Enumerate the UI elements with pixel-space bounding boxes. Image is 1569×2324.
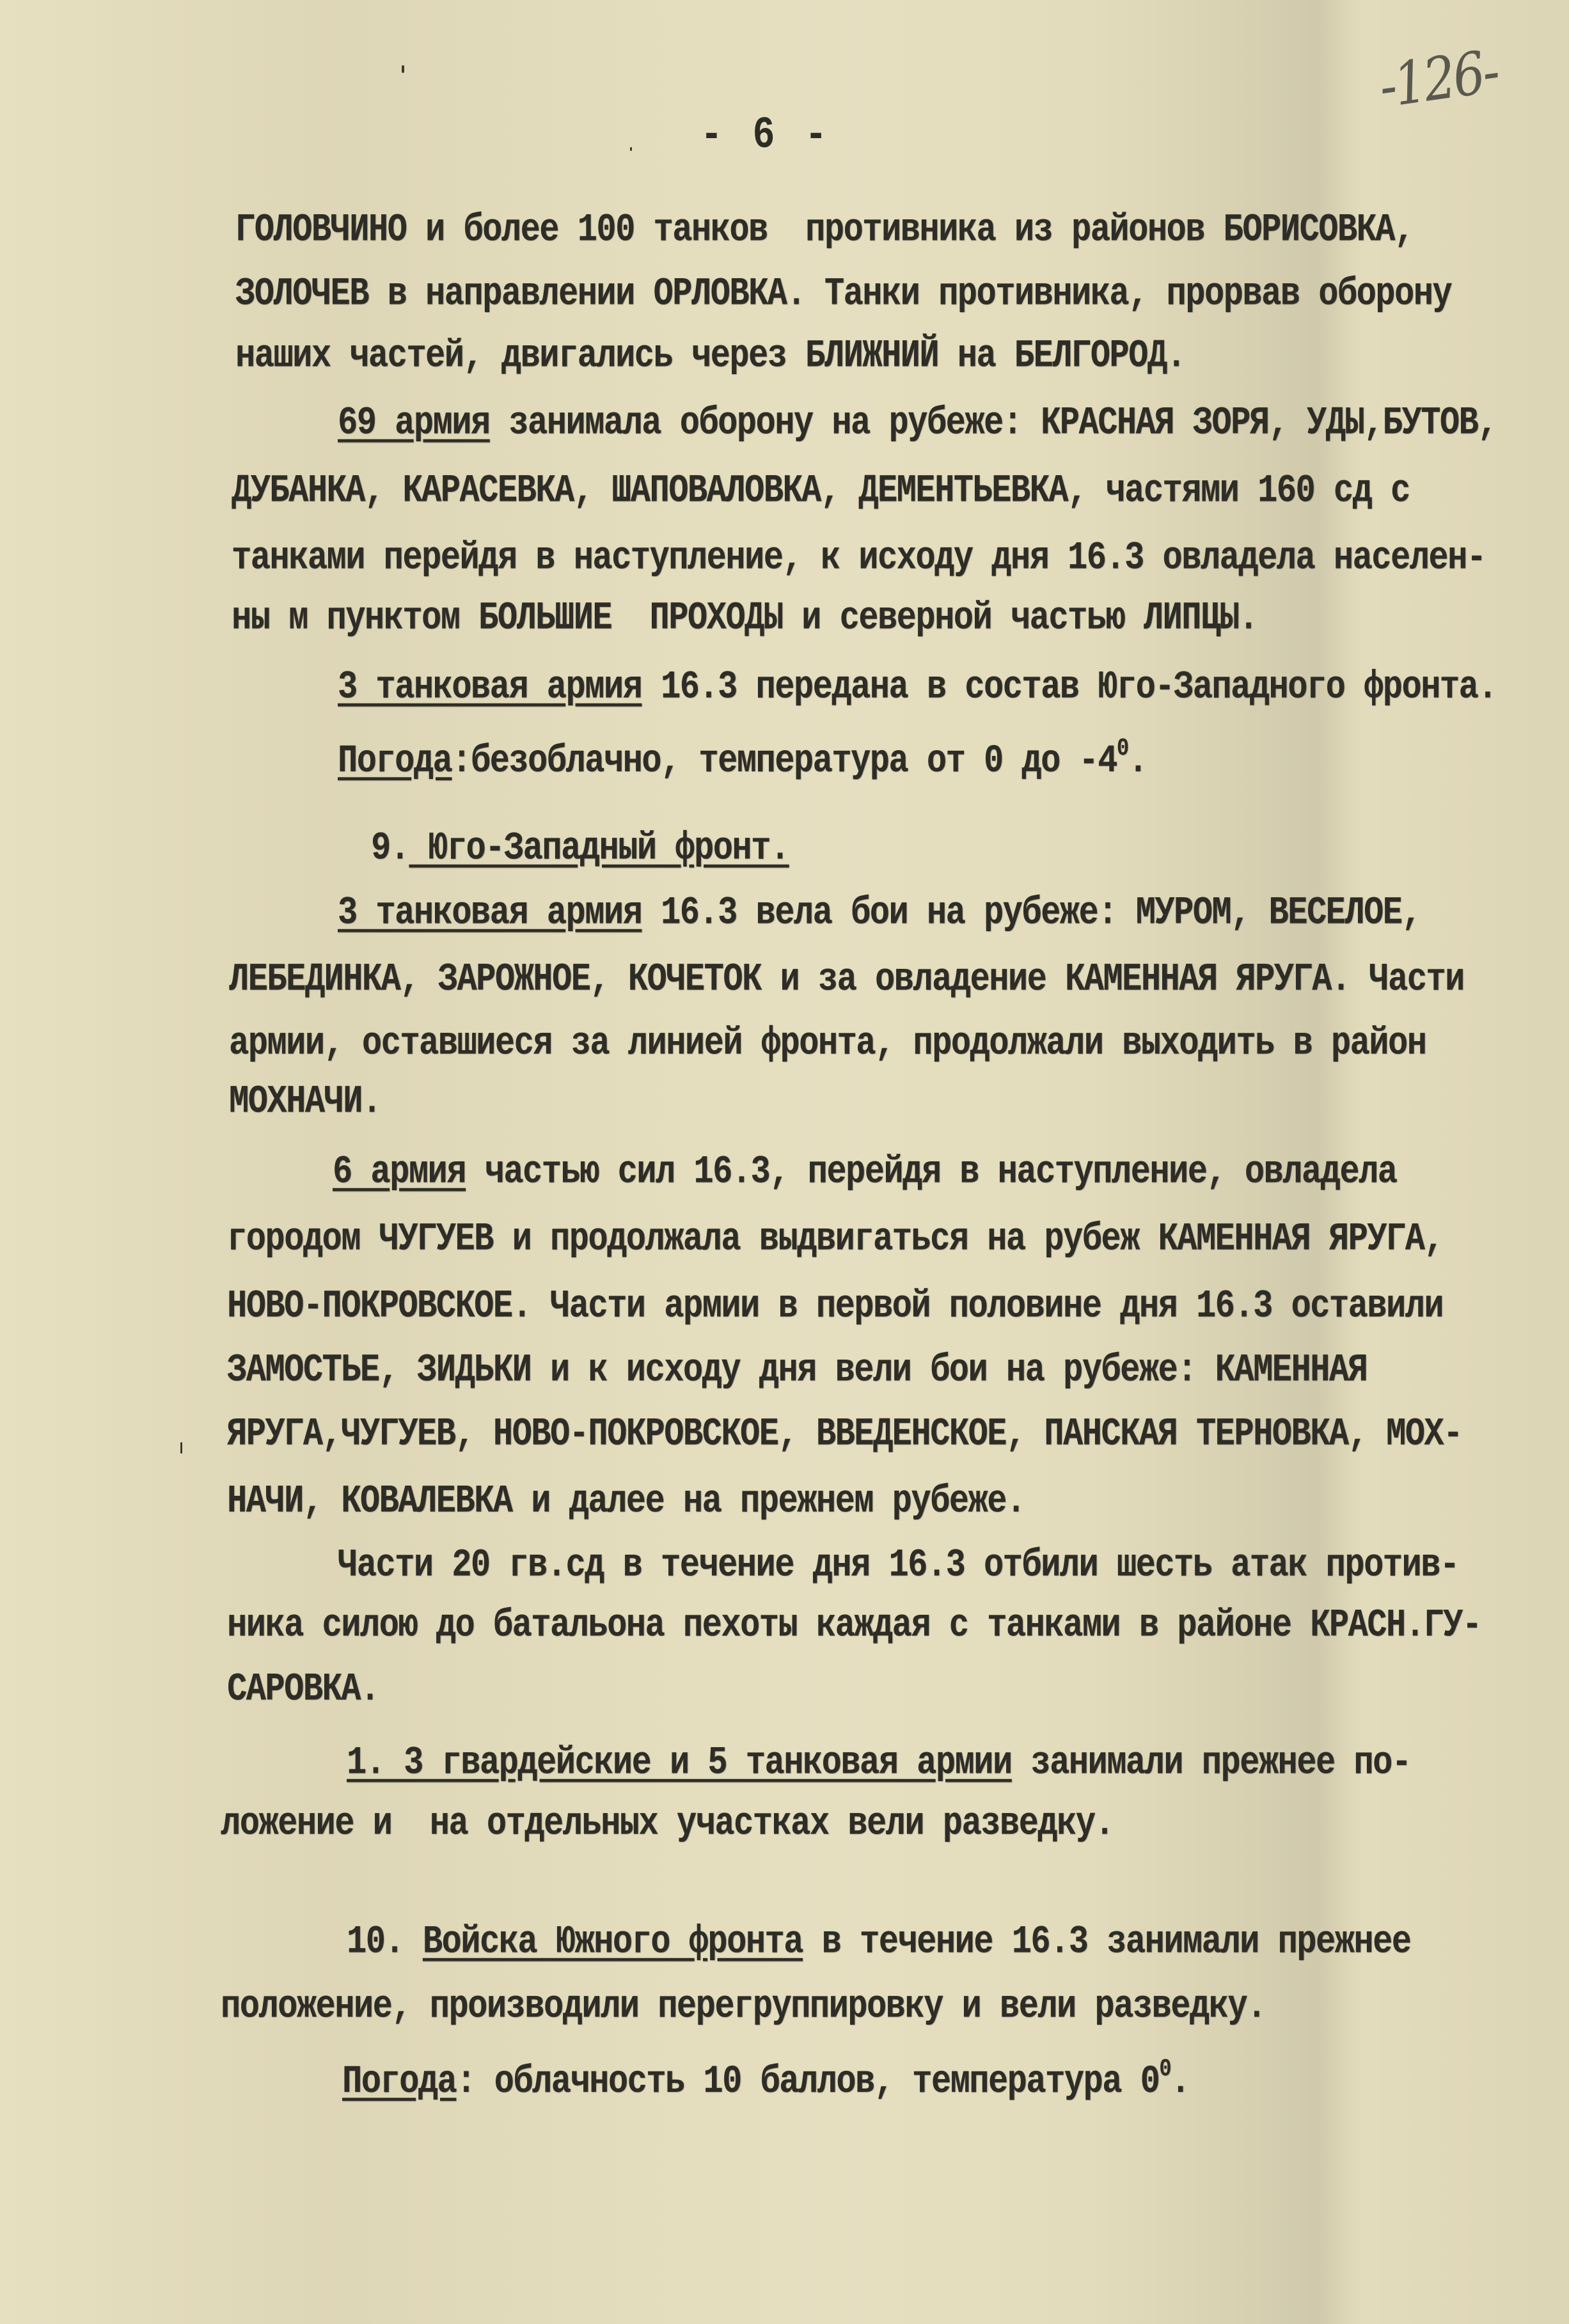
- text-line: Погода:безоблачно, температура от 0 до -…: [338, 726, 1147, 784]
- text-line: ЛЕБЕДИНКА, ЗАРОЖНОЕ, КОЧЕТОК и за овладе…: [229, 957, 1464, 1003]
- text-line: САРОВКА.: [227, 1667, 379, 1713]
- underlined-heading: 1. 3 гвардейские и 5 танковая армии: [347, 1741, 1012, 1786]
- line-text: ложение и на отдельных участках вели раз…: [221, 1802, 1114, 1846]
- underlined-heading: 6 армия: [333, 1150, 466, 1195]
- line-text: городом ЧУГУЕВ и продолжала выдвигаться …: [227, 1217, 1443, 1262]
- text-line: 6 армия частью сил 16.3, перейдя в насту…: [333, 1150, 1397, 1195]
- line-text: 10.: [347, 1920, 423, 1965]
- degree-symbol: 0: [1117, 734, 1128, 762]
- document-page: -126- - 6 - ГОЛОВЧИНО и более 100 танков…: [0, 0, 1569, 2324]
- line-text: САРОВКА.: [227, 1667, 379, 1712]
- line-text: ГОЛОВЧИНО и более 100 танков противника …: [235, 208, 1414, 253]
- paper-speck: [180, 1442, 182, 1454]
- line-text: наших частей, двигались через БЛИЖНИЙ на…: [235, 334, 1185, 379]
- text-line: 9. Юго-Западный фронт.: [371, 826, 789, 872]
- line-text: .: [1128, 739, 1147, 783]
- text-line: 3 танковая армия 16.3 передана в состав …: [338, 665, 1497, 711]
- line-text: в течение 16.3 занимали прежнее: [803, 1920, 1411, 1965]
- underlined-heading: 69 армия: [338, 401, 490, 446]
- paper-speck: [402, 65, 404, 73]
- underlined-heading: Юго-Западный фронт.: [409, 826, 789, 871]
- line-text: НОВО-ПОКРОВСКОЕ. Части армии в первой по…: [227, 1284, 1443, 1329]
- paper-speck: [630, 147, 632, 151]
- line-text: ЗОЛОЧЕВ в направлении ОРЛОВКА. Танки про…: [235, 272, 1451, 317]
- line-text: :безоблачно, температура от 0 до -4: [452, 739, 1117, 783]
- text-line: ЯРУГА,ЧУГУЕВ, НОВО-ПОКРОВСКОЕ, ВВЕДЕНСКО…: [227, 1412, 1462, 1457]
- text-line: Погода: облачность 10 баллов, температур…: [342, 2046, 1190, 2105]
- line-text: занимали прежнее по-: [1012, 1741, 1411, 1786]
- text-line: армии, оставшиеся за линией фронта, прод…: [229, 1021, 1426, 1067]
- text-line: ЗОЛОЧЕВ в направлении ОРЛОВКА. Танки про…: [235, 272, 1451, 317]
- underlined-heading: Войска Южного фронта: [423, 1920, 803, 1965]
- line-text: МОХНАЧИ.: [229, 1080, 381, 1124]
- text-line: 10. Войска Южного фронта в течение 16.3 …: [347, 1920, 1411, 1965]
- underlined-heading: Погода: [338, 739, 452, 783]
- text-line: ДУБАНКА, КАРАСЕВКА, ШАПОВАЛОВКА, ДЕМЕНТЬ…: [232, 469, 1410, 514]
- line-text: армии, оставшиеся за линией фронта, прод…: [229, 1021, 1426, 1066]
- line-text: частью сил 16.3, перейдя в наступление, …: [466, 1150, 1397, 1195]
- line-text: : облачность 10 баллов, температура 0: [456, 2059, 1159, 2104]
- line-text: ЯРУГА,ЧУГУЕВ, НОВО-ПОКРОВСКОЕ, ВВЕДЕНСКО…: [227, 1412, 1462, 1457]
- underlined-heading: 3 танковая армия: [338, 665, 642, 710]
- line-text: 9.: [371, 826, 409, 871]
- text-line: городом ЧУГУЕВ и продолжала выдвигаться …: [227, 1217, 1443, 1262]
- archive-sheet-number: -126-: [1375, 37, 1502, 122]
- text-line: ложение и на отдельных участках вели раз…: [221, 1802, 1114, 1847]
- line-text: НАЧИ, КОВАЛЕВКА и далее на прежнем рубеж…: [227, 1479, 1025, 1524]
- underlined-heading: 3 танковая армия: [338, 891, 642, 936]
- line-text: Части 20 гв.сд в течение дня 16.3 отбили…: [338, 1543, 1459, 1588]
- text-line: НОВО-ПОКРОВСКОЕ. Части армии в первой по…: [227, 1284, 1443, 1330]
- text-line: НАЧИ, КОВАЛЕВКА и далее на прежнем рубеж…: [227, 1479, 1025, 1525]
- line-text: занимала оборону на рубеже: КРАСНАЯ ЗОРЯ…: [490, 401, 1497, 446]
- line-text: ДУБАНКА, КАРАСЕВКА, ШАПОВАЛОВКА, ДЕМЕНТЬ…: [232, 469, 1410, 514]
- page-number: - 6 -: [700, 111, 831, 161]
- line-text: положение, производили перегруппировку и…: [221, 1984, 1266, 2029]
- text-line: ЗАМОСТЬЕ, ЗИДЬКИ и к исходу дня вели бои…: [227, 1348, 1367, 1394]
- line-text: ника силою до батальона пехоты каждая с …: [227, 1603, 1481, 1648]
- text-line: МОХНАЧИ.: [229, 1080, 381, 1125]
- line-text: .: [1171, 2059, 1190, 2104]
- text-line: 1. 3 гвардейские и 5 танковая армии зани…: [347, 1741, 1411, 1786]
- underlined-heading: Погода: [342, 2059, 456, 2104]
- text-line: 69 армия занимала оборону на рубеже: КРА…: [338, 401, 1497, 446]
- text-line: Части 20 гв.сд в течение дня 16.3 отбили…: [338, 1543, 1459, 1589]
- line-text: ЗАМОСТЬЕ, ЗИДЬКИ и к исходу дня вели бои…: [227, 1348, 1367, 1393]
- text-line: наших частей, двигались через БЛИЖНИЙ на…: [235, 334, 1185, 379]
- line-text: ЛЕБЕДИНКА, ЗАРОЖНОЕ, КОЧЕТОК и за овладе…: [229, 957, 1464, 1002]
- text-line: ГОЛОВЧИНО и более 100 танков противника …: [235, 208, 1414, 253]
- text-line: ника силою до батальона пехоты каждая с …: [227, 1603, 1481, 1649]
- line-text: ны м пунктом БОЛЬШИЕ ПРОХОДЫ и северной …: [232, 596, 1258, 641]
- text-line: 3 танковая армия 16.3 вела бои на рубеже…: [338, 891, 1421, 936]
- degree-symbol: 0: [1159, 2055, 1171, 2083]
- line-text: 16.3 вела бои на рубеже: МУРОМ, ВЕСЕЛОЕ,: [642, 891, 1421, 936]
- line-text: танками перейдя в наступление, к исходу …: [232, 536, 1486, 581]
- text-line: ны м пунктом БОЛЬШИЕ ПРОХОДЫ и северной …: [232, 596, 1258, 641]
- text-line: танками перейдя в наступление, к исходу …: [232, 536, 1486, 581]
- line-text: 16.3 передана в состав Юго-Западного фро…: [642, 665, 1497, 710]
- text-line: положение, производили перегруппировку и…: [221, 1984, 1266, 2030]
